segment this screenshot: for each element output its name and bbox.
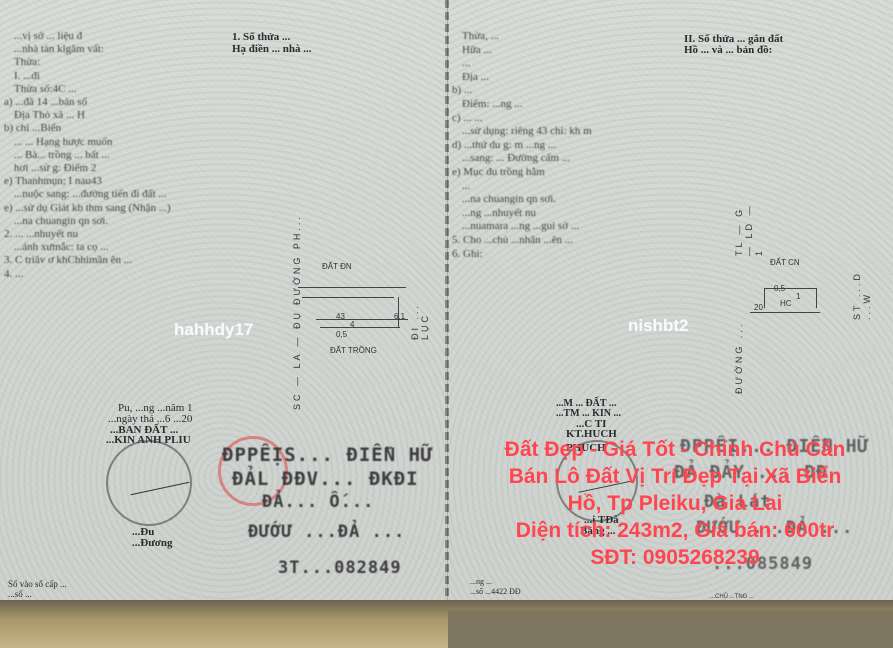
document-text-line: I. ...đi <box>14 70 40 82</box>
document-text-line: ...na chuangin qn sơi. <box>462 193 556 205</box>
ad-line-1: Đất Đẹp - Giá Tốt - Chính Chủ Cần <box>460 436 890 463</box>
document-text-line: b) chi ...Biển <box>4 122 61 134</box>
book-spine <box>445 0 449 612</box>
ad-phone: SĐT: 0905268239 <box>460 544 890 571</box>
document-text-line: Thửa: <box>14 56 40 68</box>
label-05: 0,5 <box>336 330 347 339</box>
left-column-header-2: Hạ điền ... nhà ... <box>232 43 311 55</box>
ad-line-3: Hồ, Tp Pleiku, Gia Lai <box>460 490 890 517</box>
document-text-line: c) ... ... <box>452 112 483 124</box>
document-text-line: ...ng ...nhuyết nu <box>462 207 536 219</box>
document-text-line: ...nuamara ...ng ...gui sở ... <box>462 220 579 232</box>
document-text-line: ... <box>462 180 470 192</box>
background-shadow <box>448 610 893 648</box>
document-text-line: Hữa ... <box>462 44 492 56</box>
document-text-line: ...vị sở ... liệu đ <box>14 30 82 42</box>
document-text-line: ...sử dụng: riêng 43 chi: kh m <box>462 125 592 137</box>
scrambled-line-3: ĐẢ... Ố... <box>262 492 374 512</box>
right-footer-2: ...số ...4422 ĐĐ <box>470 586 521 598</box>
document-text-line: Địa Thỏ xã ... H <box>14 109 85 121</box>
document-text-line: ...na chuangin qn sơi. <box>14 215 108 227</box>
document-text-line: 5. Cho ...chủ ...nhân ...ên ... <box>452 234 573 246</box>
obscured-id-left: hahhdy17 <box>174 320 253 340</box>
document-text-line: a) ...đã 14 ...bản số <box>4 96 87 108</box>
ad-line-2: Bán Lô Đất Vị Trí Đẹp Tại Xã Biển <box>460 463 890 490</box>
label-05-r: 0,5 <box>774 284 785 293</box>
document-text-line: 6. Ghi: <box>452 248 483 260</box>
label-dat-dn: ĐẤT ĐN <box>322 262 352 271</box>
document-text-line: d) ...thứ du g: m ...ng ... <box>452 139 556 151</box>
document-text-line: Điểm: ...ng ... <box>462 98 523 110</box>
left-footer-2: ...số ... <box>8 588 32 600</box>
document-text-line: b) ... <box>452 84 472 96</box>
label-43: 43 <box>336 312 345 321</box>
road-label-right: ĐI ... LỤC <box>410 280 430 340</box>
document-text-line: ...ảnh xưmắc: ta cọ ... <box>14 241 109 253</box>
certificate-left-page: ...vị sở ... liệu đ...nhà tàn klgăm vất:… <box>0 0 447 612</box>
document-text-line: 4. ... <box>4 268 23 280</box>
label-1-r: 1 <box>796 292 800 301</box>
left-column-header-1: 1. Số thửa ... <box>232 31 290 43</box>
obscured-id-right: nishbt2 <box>628 316 688 336</box>
document-text-line: ...sang: ... Đường cấm ... <box>462 152 570 164</box>
document-text-line: Thửa, ... <box>462 30 499 42</box>
document-text-line: Địa ... <box>462 71 489 83</box>
road-label-left: ĐƯỜNG PH... <box>292 205 302 305</box>
document-text-line: e) Thanhmụn; I nau43 <box>4 175 102 187</box>
ad-line-4: Diện tích: 243m2, Giá bán: 600tr <box>460 517 890 544</box>
label-hc: HC <box>780 299 792 308</box>
document-text-line: ... ... Hạng hược muốn <box>14 136 113 148</box>
road-label-main: ĐƯỜNG ... <box>734 264 744 394</box>
label-61: 6,1 <box>394 312 405 321</box>
road-label-side: ST ...D ...W <box>852 270 872 320</box>
scrambled-line-1: ĐPPÊỊS... ĐIỄN HỮ <box>222 444 433 466</box>
document-text-line: Thửa số:4C ... <box>14 83 77 95</box>
label-dat-trong: ĐẤT TRỒNG <box>330 346 377 355</box>
document-text-line: 3. C triăv ơ khChhimần ên ... <box>4 254 132 266</box>
document-text-line: 2. ... ...nhuyết nu <box>4 228 78 240</box>
document-text-line: hơi ...sử g: Điểm 2 <box>14 162 96 174</box>
label-20: 20 <box>754 303 763 312</box>
advertisement-overlay: Đất Đẹp - Giá Tốt - Chính Chủ Cần Bán Lô… <box>460 436 890 571</box>
document-text-line: ... Bà... trồng ... bất ... <box>14 149 110 161</box>
left-signer-2: ...Đương <box>132 537 173 549</box>
document-text-line: e) Mục đu trồng hằm <box>452 166 545 178</box>
scrambled-line-5: ĐƯỚƯ ...ĐẢ ... <box>248 522 405 542</box>
scrambled-line-6: 3T...082849 <box>278 558 402 578</box>
document-text-line: ...nuộc sang: ...đường tiến đi đất ... <box>14 188 167 200</box>
document-text-line: ... <box>462 57 470 69</box>
label-4: 4 <box>350 320 354 329</box>
scrambled-line-2: ĐẢL ĐĐV... ĐKĐI <box>232 468 419 490</box>
label-dat-cn: ĐẤT CN <box>770 258 800 267</box>
document-text-line: e) ...sử dụ Giát kb thm sang (Nhận ...) <box>4 202 171 214</box>
document-text-line: ...nhà tàn klgăm vất: <box>14 43 104 55</box>
right-column-header-2: Hồ ... và ... bản đồ: <box>684 44 772 56</box>
